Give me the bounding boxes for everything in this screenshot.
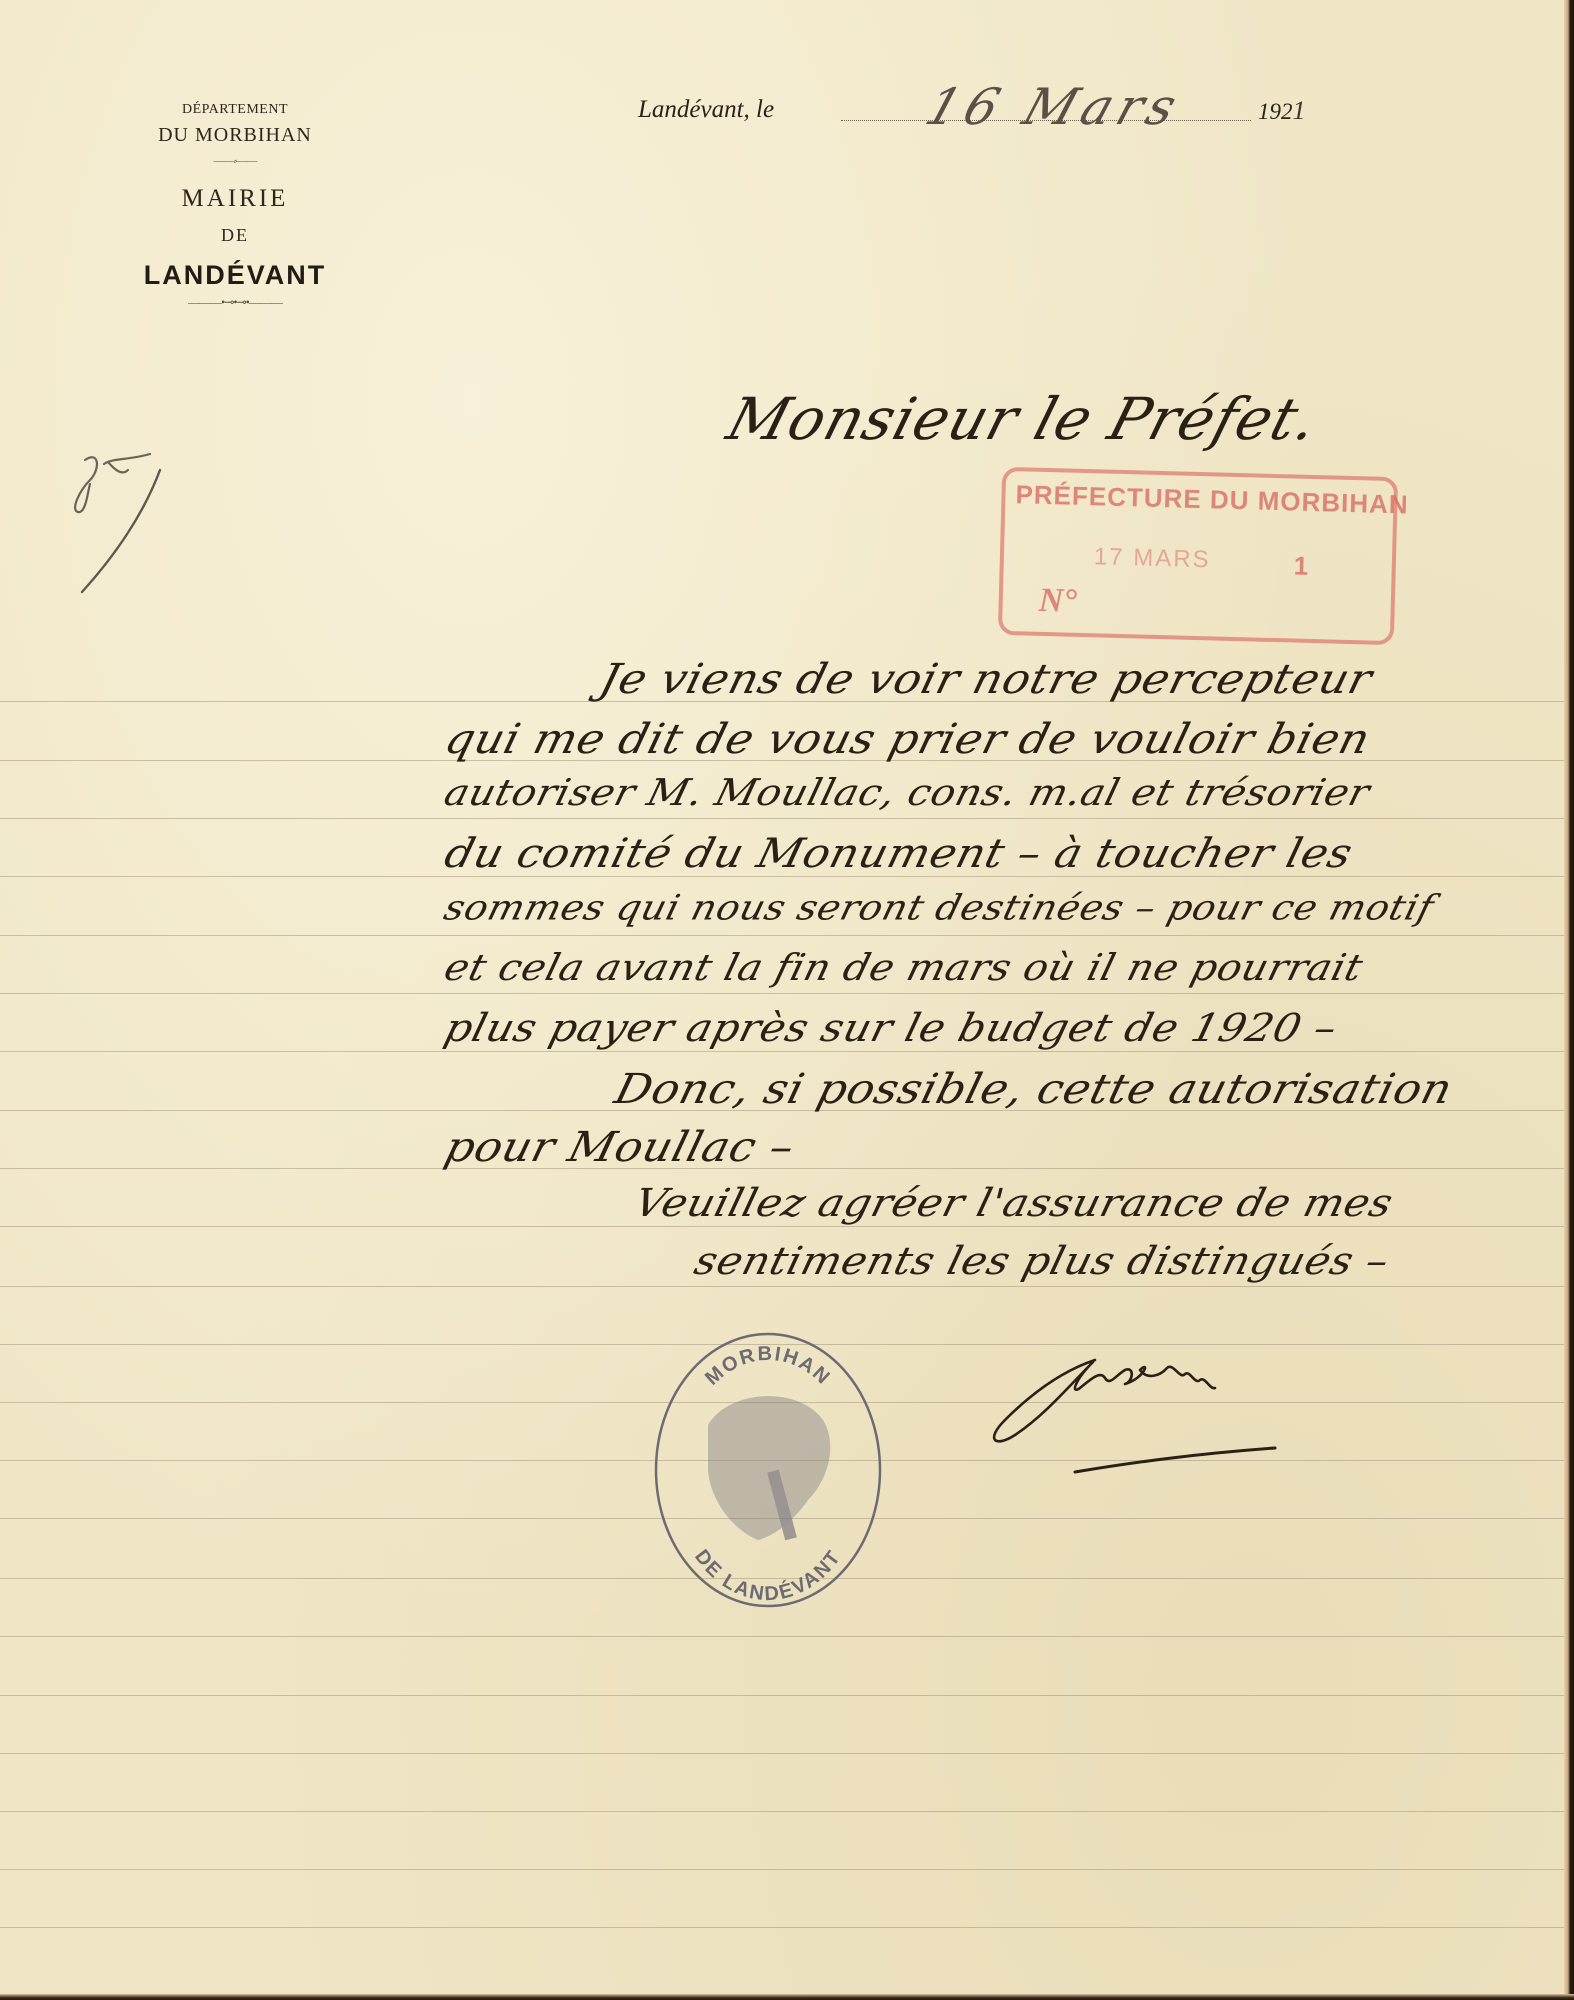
prefecture-stamp-number: 1 bbox=[1293, 551, 1308, 582]
ornament-divider: ——⸗—— bbox=[110, 155, 360, 167]
handwritten-date: 16 Mars bbox=[919, 78, 1190, 136]
mairie-seal-icon: MORBIHAN DE LANDÉVANT bbox=[648, 1330, 888, 1610]
body-line: sentiments les plus distingués – bbox=[690, 1238, 1394, 1283]
body-line: Veuillez agréer l'assurance de mes bbox=[630, 1180, 1398, 1225]
office-label: MAIRIE bbox=[110, 185, 360, 213]
prefecture-stamp-no-label: N° bbox=[1038, 582, 1077, 621]
department-name: DU MORBIHAN bbox=[110, 124, 360, 147]
body-line: plus payer après sur le budget de 1920 – bbox=[440, 1005, 1342, 1050]
body-line: Je viens de voir notre percepteur bbox=[595, 654, 1377, 703]
prefecture-stamp-date: 17 MARS bbox=[1094, 543, 1211, 574]
ruled-line bbox=[0, 1695, 1564, 1696]
body-line: pour Moullac – bbox=[440, 1122, 800, 1171]
margin-annotation-icon bbox=[60, 450, 180, 600]
letterhead: DÉPARTEMENT DU MORBIHAN ——⸗—— MAIRIE DE … bbox=[110, 100, 360, 310]
office-town: LANDÉVANT bbox=[110, 260, 360, 291]
body-line: qui me dit de vous prier de vouloir bien bbox=[440, 714, 1375, 763]
ruled-line bbox=[0, 935, 1564, 936]
body-line: sommes qui nous seront destinées – pour … bbox=[440, 888, 1438, 928]
dateline-place: Landévant, le bbox=[638, 96, 774, 124]
ruled-line bbox=[0, 1051, 1564, 1052]
body-line: autoriser M. Moullac, cons. m.al et trés… bbox=[440, 772, 1374, 814]
dateline-year: 1921 bbox=[1258, 96, 1306, 126]
year-printed: 192 bbox=[1258, 99, 1293, 124]
scan-edge-bottom bbox=[0, 1994, 1574, 2000]
salutation: Monsieur le Préfet. bbox=[720, 385, 1326, 453]
prefecture-stamp: PRÉFECTURE DU MORBIHAN 17 MARS 1 N° bbox=[998, 467, 1398, 645]
ruled-line bbox=[0, 818, 1564, 819]
ruled-line bbox=[0, 1811, 1564, 1812]
ornament-divider: ———•⊸•⊸•——— bbox=[110, 295, 360, 310]
body-line: du comité du Monument – à toucher les bbox=[440, 830, 1357, 877]
office-preposition: DE bbox=[110, 225, 360, 246]
letter-page: DÉPARTEMENT DU MORBIHAN ——⸗—— MAIRIE DE … bbox=[0, 0, 1564, 1994]
ruled-line bbox=[0, 1636, 1564, 1637]
svg-text:MORBIHAN: MORBIHAN bbox=[701, 1343, 835, 1390]
body-line: et cela avant la fin de mars où il ne po… bbox=[440, 947, 1367, 989]
dateline: Landévant, le 16 Mars 1921 bbox=[638, 94, 1318, 134]
year-handwritten: 1 bbox=[1293, 96, 1306, 125]
prefecture-stamp-header: PRÉFECTURE DU MORBIHAN bbox=[1015, 479, 1409, 520]
signature-icon bbox=[975, 1340, 1315, 1480]
ruled-line bbox=[0, 1869, 1564, 1870]
ruled-line bbox=[0, 1753, 1564, 1754]
ruled-line bbox=[0, 993, 1564, 994]
scan-edge-right bbox=[1564, 0, 1574, 2000]
ruled-line bbox=[0, 1226, 1564, 1227]
ruled-line bbox=[0, 1286, 1564, 1287]
svg-text:DE LANDÉVANT: DE LANDÉVANT bbox=[690, 1546, 846, 1606]
ruled-line bbox=[0, 1927, 1564, 1928]
department-label: DÉPARTEMENT bbox=[110, 102, 360, 118]
body-line: Donc, si possible, cette autorisation bbox=[610, 1064, 1458, 1113]
